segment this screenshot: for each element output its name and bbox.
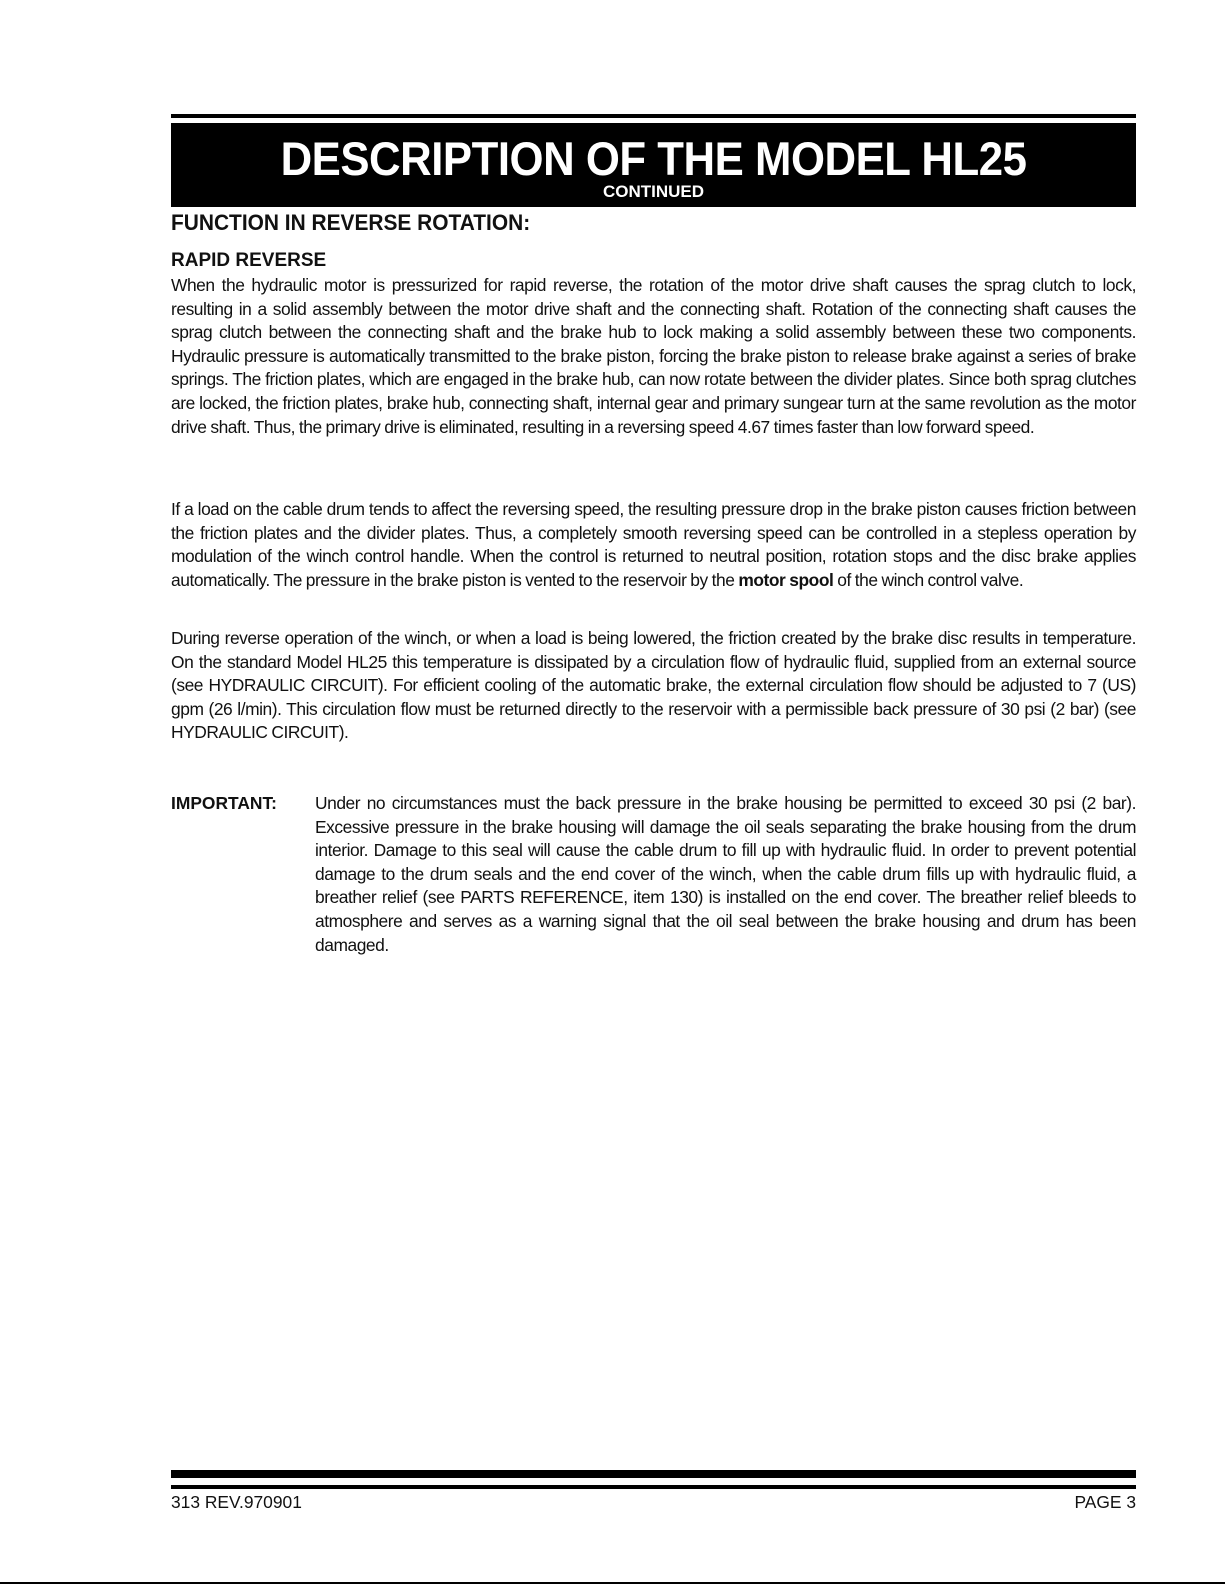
header-top-rule <box>171 114 1136 118</box>
important-label: IMPORTANT: <box>171 792 277 816</box>
page-bottom-edge <box>0 1582 1225 1584</box>
paragraph-cooling: During reverse operation of the winch, o… <box>171 627 1136 745</box>
document-page: DESCRIPTION OF THE MODEL HL25 CONTINUED … <box>171 0 1136 1585</box>
paragraph-load-modulation: If a load on the cable drum tends to aff… <box>171 498 1136 592</box>
footer-thick-rule <box>171 1470 1136 1478</box>
section-heading: FUNCTION IN REVERSE ROTATION: <box>171 210 530 236</box>
bold-term-motor-spool: motor spool <box>738 570 833 590</box>
important-text: Under no circumstances must the back pre… <box>315 792 1136 957</box>
paragraph-rapid-reverse: When the hydraulic motor is pressurized … <box>171 274 1136 439</box>
page-number: PAGE 3 <box>1074 1491 1136 1513</box>
page-title: DESCRIPTION OF THE MODEL HL25 <box>205 131 1102 187</box>
title-banner: DESCRIPTION OF THE MODEL HL25 CONTINUED <box>171 123 1136 207</box>
page-subtitle: CONTINUED <box>171 182 1136 202</box>
paragraph-text: of the winch control valve. <box>833 570 1023 590</box>
document-revision: 313 REV.970901 <box>171 1491 302 1513</box>
footer-thin-rule <box>171 1485 1136 1489</box>
sub-heading: RAPID REVERSE <box>171 250 326 272</box>
